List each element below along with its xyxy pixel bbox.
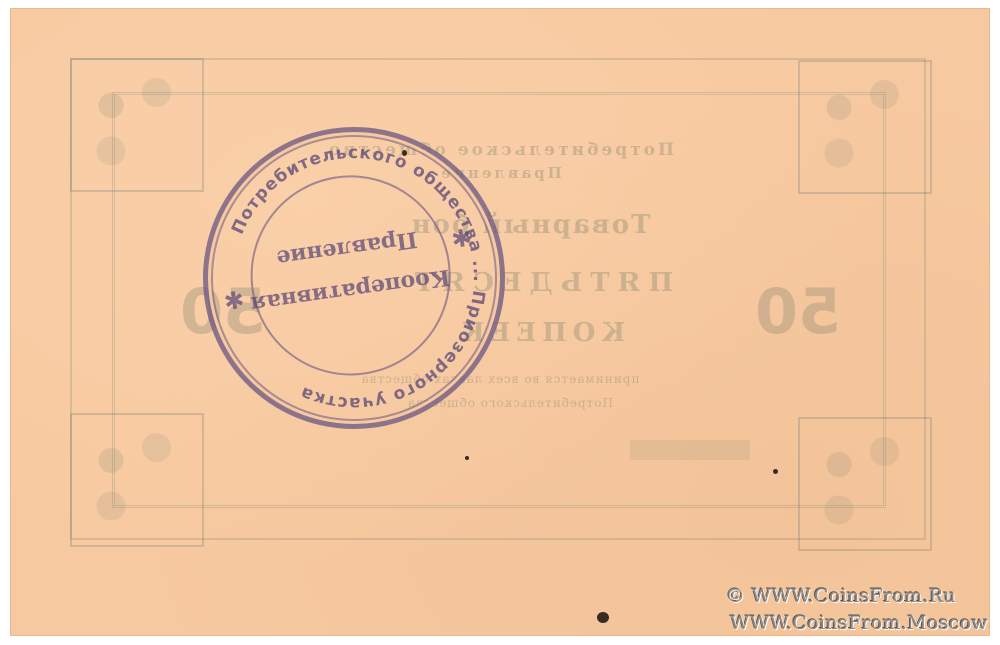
cooperative-stamp: Потребительского общества ... Приозерног… — [183, 107, 524, 448]
corner-ornament-bottom-left — [70, 413, 204, 547]
ink-spot — [773, 469, 778, 474]
mirrored-denomination-right: 50 — [755, 275, 841, 348]
star-icon: ✱ — [450, 223, 474, 254]
stamp-center-text: Кооперативная Правление — [247, 214, 453, 324]
watermark-line1: © WWW.CoinsFrom.Ru — [726, 585, 956, 607]
watermark-line2: WWW.CoinsFrom.Moscow — [730, 612, 988, 634]
ink-spot — [402, 150, 407, 156]
corner-ornament-bottom-right — [798, 417, 932, 551]
ink-spot — [465, 456, 469, 460]
mirrored-signature — [630, 440, 750, 460]
star-icon: ✱ — [222, 286, 246, 317]
ink-spot — [597, 612, 609, 623]
